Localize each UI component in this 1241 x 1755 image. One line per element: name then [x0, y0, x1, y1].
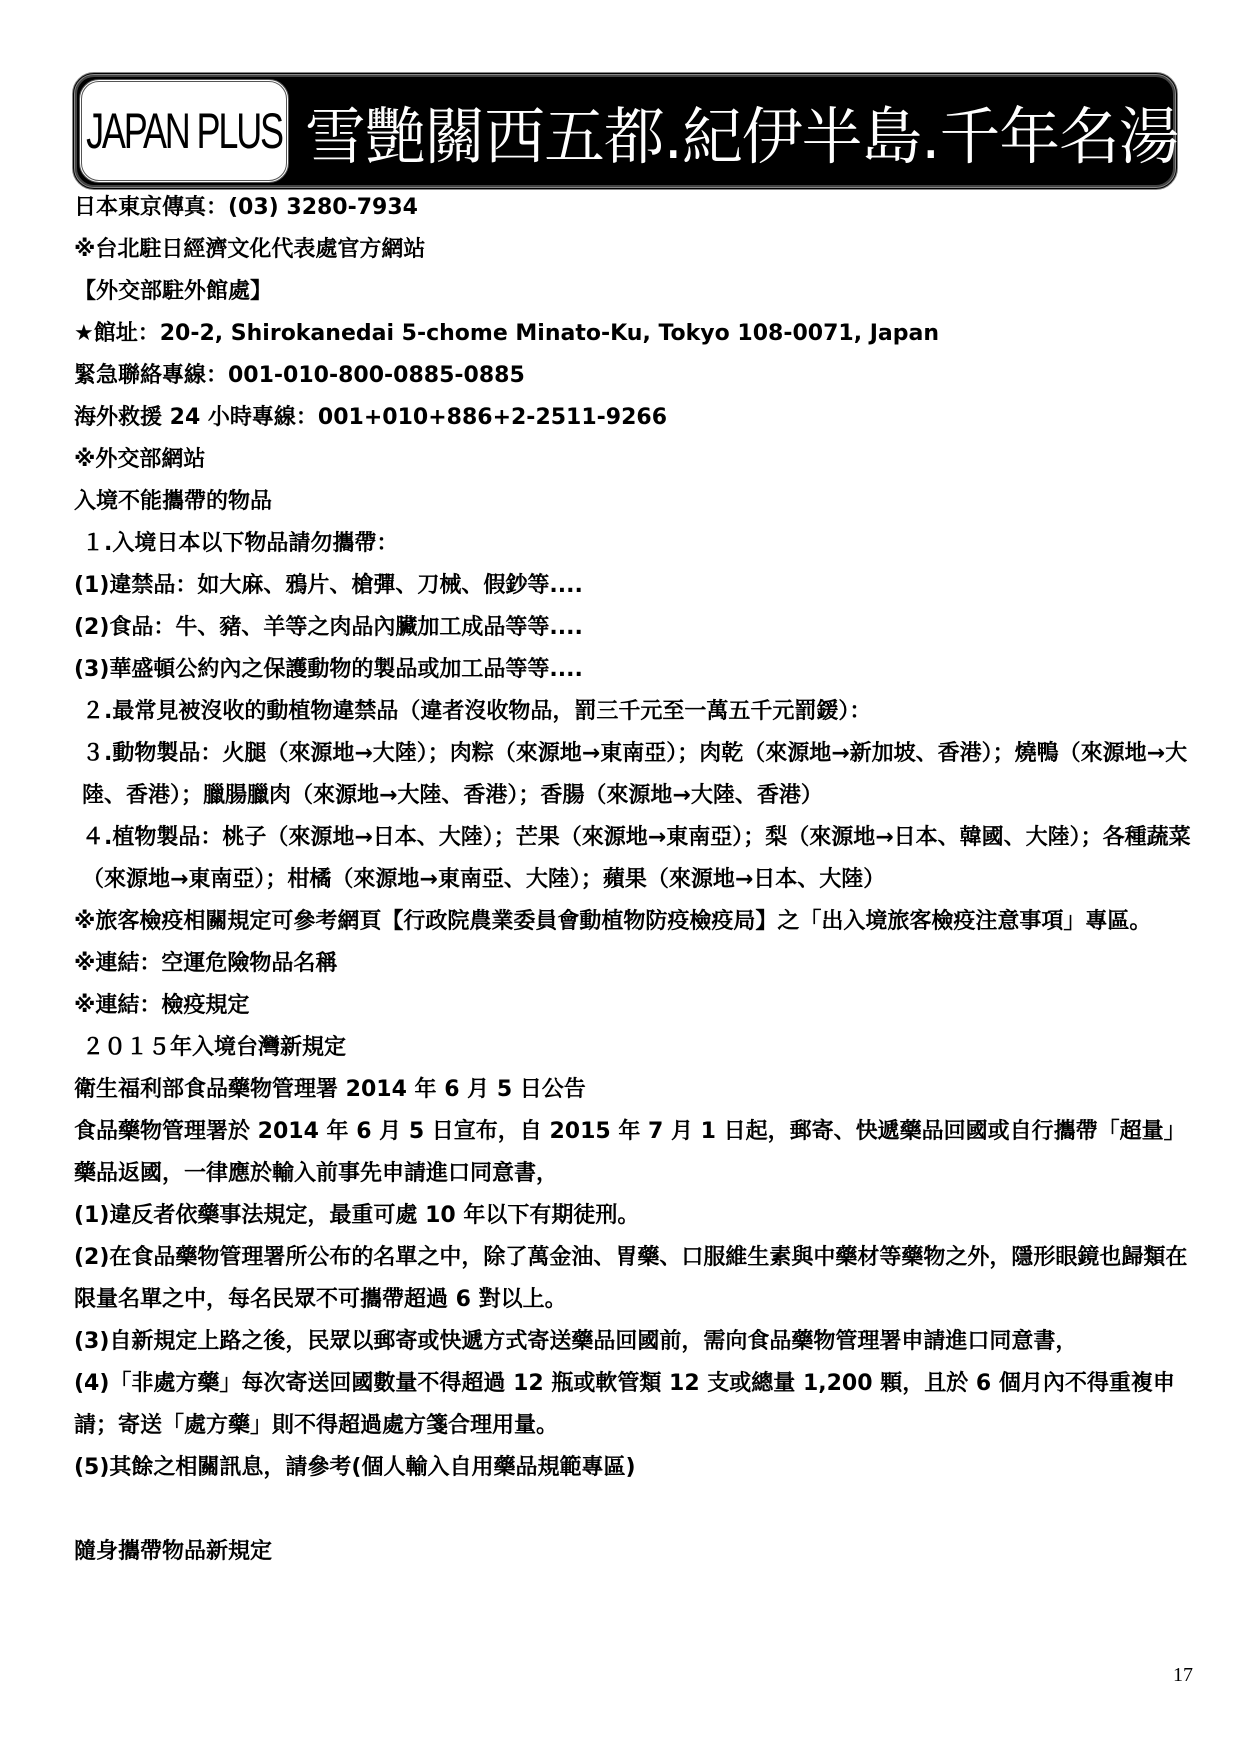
- quarantine-rules-link[interactable]: ※連結：檢疫規定: [74, 985, 1194, 1027]
- fax-number: 日本東京傳真：(03) 3280-7934: [74, 187, 1194, 229]
- fda-rule: (3)自新規定上路之後，民眾以郵寄或快遞方式寄送藥品回國前，需向食品藥物管理署申…: [74, 1321, 1194, 1363]
- prohibited-list-item: (2)食品：牛、豬、羊等之肉品內臟加工成品等等....: [74, 607, 1194, 649]
- page-number: 17: [1173, 1664, 1193, 1687]
- animal-products: ３.動物製品：火腿（來源地→大陸）；肉粽（來源地→東南亞）；肉乾（來源地→新加坡…: [74, 733, 1194, 817]
- rescue-hotline-24h: 海外救援 24 小時專線：001+010+886+2-2511-9266: [74, 397, 1194, 439]
- fda-rule: (1)違反者依藥事法規定，最重可處 10 年以下有期徒刑。: [74, 1195, 1194, 1237]
- fda-announcement: 衛生福利部食品藥物管理署 2014 年 6 月 5 日公告: [74, 1069, 1194, 1111]
- header-banner: JAPAN PLUS 雪艷關西五都.紀伊半島.千年名湯美饌五日: [72, 72, 1178, 190]
- dangerous-goods-link[interactable]: ※連結：空運危險物品名稱: [74, 943, 1194, 985]
- section-label-mofa-offices: 【外交部駐外館處】: [74, 271, 1194, 313]
- tour-title: 雪艷關西五都.紀伊半島.千年名湯美饌五日: [305, 75, 1148, 187]
- fda-rule: (2)在食品藥物管理署所公布的名單之中，除了萬金油、胃藥、口服維生素與中藥材等藥…: [74, 1237, 1194, 1321]
- prohibited-list-item: (3)華盛頓公約內之保護動物的製品或加工品等等....: [74, 649, 1194, 691]
- blank-line: [74, 1489, 1194, 1531]
- fda-rule-reference-link[interactable]: (5)其餘之相關訊息，請參考(個人輸入自用藥品規範專區): [74, 1447, 1194, 1489]
- office-address: ★館址：20-2, Shirokanedai 5-chome Minato-Ku…: [74, 313, 1194, 355]
- plant-products: ４.植物製品：桃子（來源地→日本、大陸）；芒果（來源地→東南亞）；梨（來源地→日…: [74, 817, 1194, 901]
- prohibited-items-heading: 入境不能攜帶的物品: [74, 481, 1194, 523]
- brand-logo-text: JAPAN PLUS: [86, 102, 282, 160]
- prohibited-list-item: (1)違禁品：如大麻、鴉片、槍彈、刀械、假鈔等....: [74, 565, 1194, 607]
- prohibited-item1-heading: １.入境日本以下物品請勿攜帶：: [74, 523, 1194, 565]
- document-body: 日本東京傳真：(03) 3280-7934 ※台北駐日經濟文化代表處官方網站 【…: [74, 187, 1194, 1573]
- brand-logo-box: JAPAN PLUS: [79, 79, 289, 183]
- carry-on-heading: 隨身攜帶物品新規定: [74, 1531, 1194, 1573]
- emergency-hotline: 緊急聯絡專線：001-010-800-0885-0885: [74, 355, 1194, 397]
- mofa-website-link[interactable]: ※外交部網站: [74, 439, 1194, 481]
- confiscated-items-heading: ２.最常見被沒收的動植物違禁品（違者沒收物品，罰三千元至一萬五千元罰鍰）：: [74, 691, 1194, 733]
- fda-rule: (4)「非處方藥」每次寄送回國數量不得超過 12 瓶或軟管類 12 支或總量 1…: [74, 1363, 1194, 1447]
- quarantine-note: ※旅客檢疫相關規定可參考網頁【行政院農業委員會動植物防疫檢疫局】之「出入境旅客檢…: [74, 901, 1194, 943]
- fda-intro: 食品藥物管理署於 2014 年 6 月 5 日宣布，自 2015 年 7 月 1…: [74, 1111, 1194, 1195]
- rep-office-link[interactable]: ※台北駐日經濟文化代表處官方網站: [74, 229, 1194, 271]
- taiwan-2015-heading: ２０１５年入境台灣新規定: [74, 1027, 1194, 1069]
